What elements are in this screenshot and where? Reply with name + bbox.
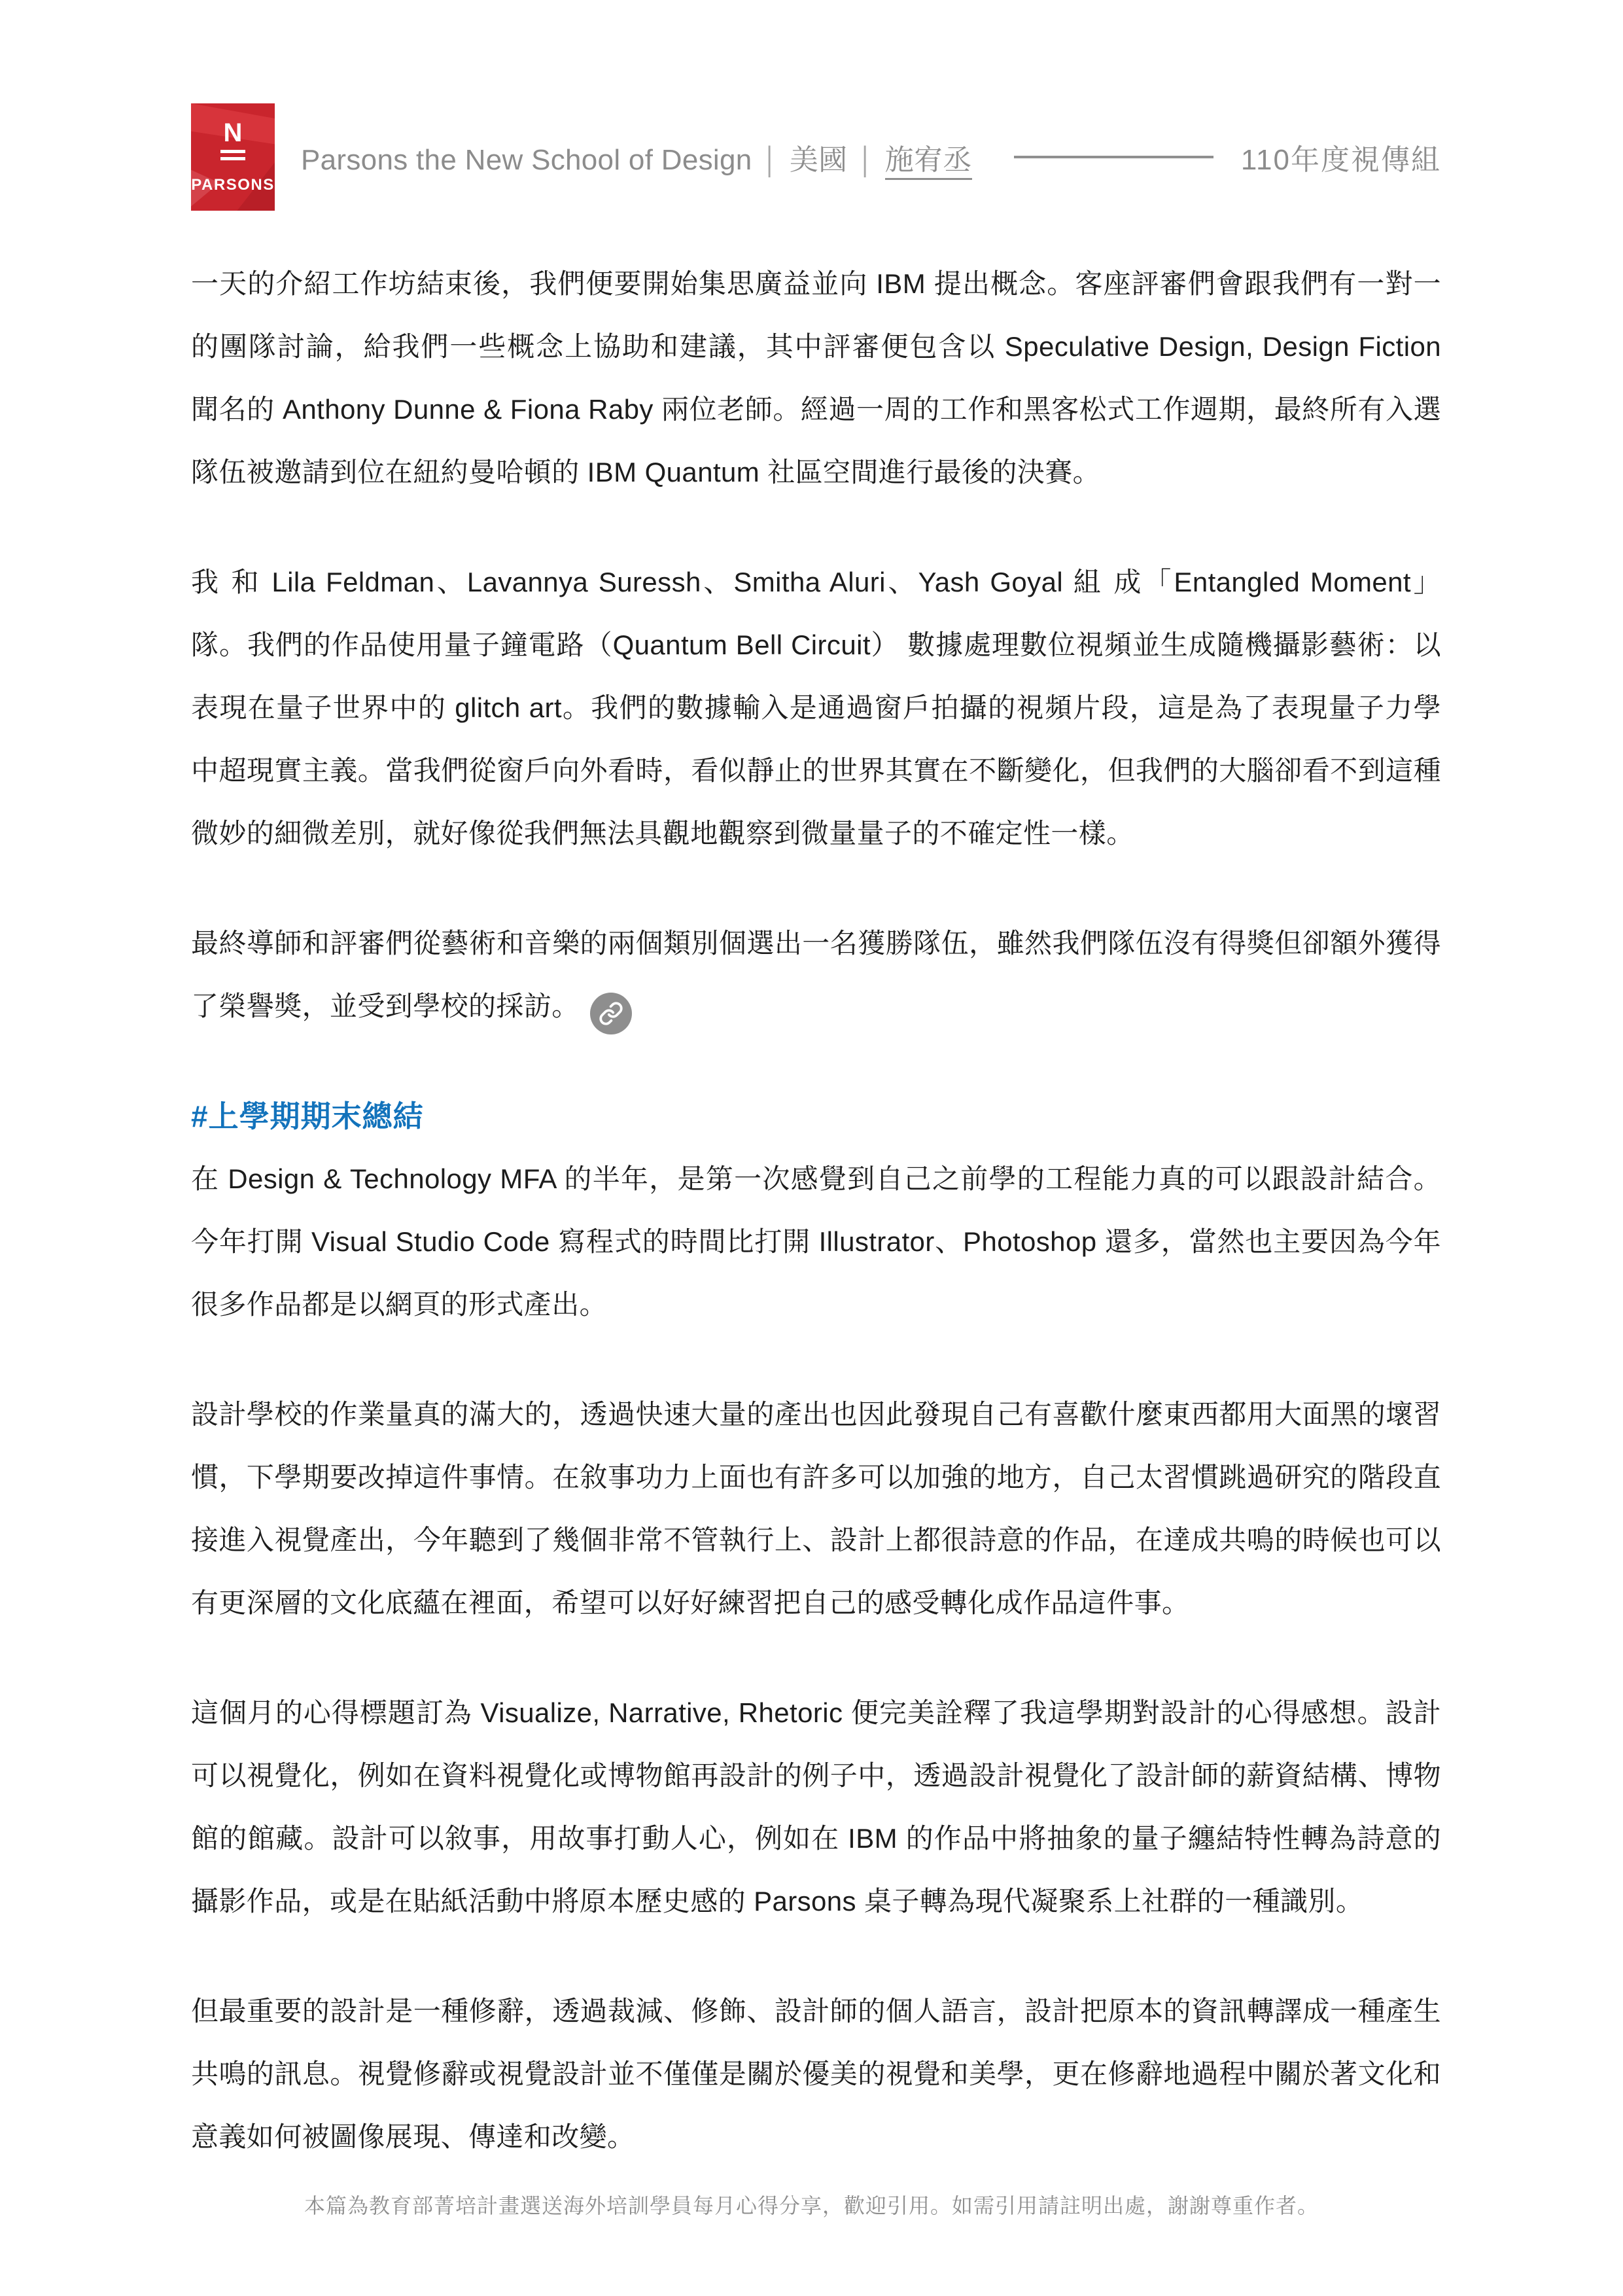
paragraph-workload: 設計學校的作業量真的滿大的，透過快速大量的產出也因此發現自己有喜歡什麼東西都用大… <box>191 1383 1441 1634</box>
logo-n-underline <box>220 157 245 160</box>
article-body: 一天的介紹工作坊結束後，我們便要開始集思廣益並向 IBM 提出概念。客座評審們會… <box>191 253 1441 2168</box>
logo-wordmark: PARSONS <box>191 176 274 194</box>
paragraph-visualize-narrative-rhetoric: 這個月的心得標題訂為 Visualize, Narrative, Rhetori… <box>191 1682 1441 1933</box>
logo-n-underline <box>220 150 245 153</box>
paragraph-mfa-semester: 在 Design & Technology MFA 的半年，是第一次感覺到自己之… <box>191 1148 1441 1336</box>
paragraph-design-rhetoric: 但最重要的設計是一種修辭，透過裁減、修飾、設計師的個人語言，設計把原本的資訊轉譯… <box>191 1980 1441 2168</box>
document-page: N PARSONS Parsons the New School of Desi… <box>0 0 1623 2296</box>
header-divider <box>1014 156 1213 158</box>
chain-link-glyph <box>599 1001 623 1026</box>
new-school-n-icon: N <box>220 120 245 160</box>
paragraph-ibm-workshop: 一天的介紹工作坊結束後，我們便要開始集思廣益並向 IBM 提出概念。客座評審們會… <box>191 253 1441 504</box>
paragraph-award-text: 最終導師和評審們從藝術和音樂的兩個類別個選出一名獲勝隊伍，雖然我們隊伍沒有得獎但… <box>191 928 1441 1021</box>
cohort-label: 110年度視傳組 <box>1241 136 1441 178</box>
section-heading-semester-summary: #上學期期末總結 <box>191 1085 1441 1148</box>
country-label: 美國 <box>790 144 848 176</box>
footer-note: 本篇為教育部菁培計畫選送海外培訓學員每月心得分享，歡迎引用。如需引用請註明出處，… <box>304 2194 1319 2217</box>
separator-bar: │ <box>858 147 874 175</box>
school-name: Parsons the New School of Design <box>301 144 752 176</box>
parsons-logo: N PARSONS <box>191 103 275 211</box>
page-footer: 本篇為教育部菁培計畫選送海外培訓學員每月心得分享，歡迎引用。如需引用請註明出處，… <box>0 2189 1623 2219</box>
page-header: N PARSONS Parsons the New School of Desi… <box>191 103 1441 211</box>
header-title: Parsons the New School of Design│美國│施宥丞 <box>301 136 972 178</box>
paragraph-award: 最終導師和評審們從藝術和音樂的兩個類別個選出一名獲勝隊伍，雖然我們隊伍沒有得獎但… <box>191 912 1441 1038</box>
link-icon[interactable] <box>590 993 632 1034</box>
logo-n-letter: N <box>224 120 243 146</box>
paragraph-team-project: 我 和 Lila Feldman、Lavannya Suressh、Smitha… <box>191 551 1441 865</box>
separator-bar: │ <box>763 147 779 175</box>
author-name[interactable]: 施宥丞 <box>885 144 972 180</box>
